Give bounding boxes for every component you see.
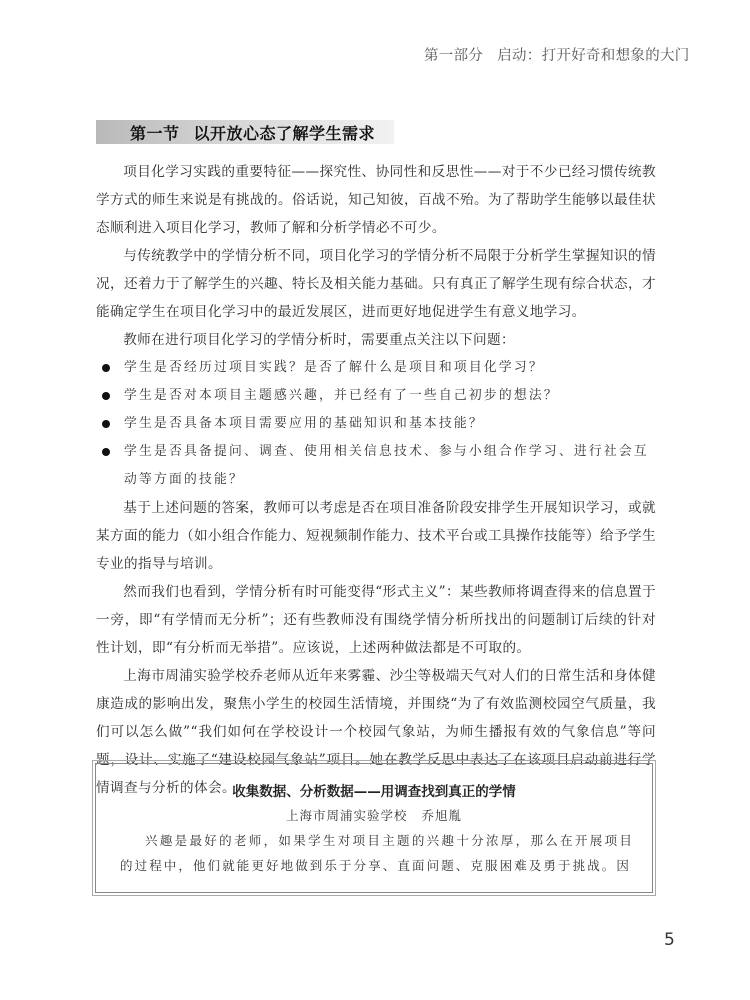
case-author-name: 乔旭胤	[422, 808, 463, 823]
paragraph: 然而我们也看到，学情分析有时可能变得“形式主义”：某些教师将调查得来的信息置于一…	[96, 578, 656, 662]
part-title: 启动：打开好奇和想象的大门	[497, 48, 689, 64]
section-title: 第一节以开放心态了解学生需求	[130, 121, 375, 144]
paragraph: 教师在进行项目化学习的学情分析时，需要重点关注以下问题：	[96, 326, 656, 354]
section-number: 第一节	[130, 124, 180, 143]
list-item: 学生是否经历过项目实践？是否了解什么是项目和项目化学习？	[96, 354, 656, 382]
paragraph: 项目化学习实践的重要特征——探究性、协同性和反思性——对于不少已经习惯传统教学方…	[96, 158, 656, 242]
case-author: 上海市周浦实验学校乔旭胤	[96, 806, 652, 824]
bullet-icon	[102, 448, 110, 456]
paragraph: 基于上述问题的答案，教师可以考虑是否在项目准备阶段安排学生开展知识学习，或就某方…	[96, 494, 656, 578]
case-study-box: 收集数据、分析数据——用调查找到真正的学情 上海市周浦实验学校乔旭胤 兴趣是最好…	[95, 763, 653, 893]
part-label: 第一部分	[424, 48, 483, 64]
list-item: 学生是否具备本项目需要应用的基础知识和基本技能？	[96, 410, 656, 438]
question-list: 学生是否经历过项目实践？是否了解什么是项目和项目化学习？ 学生是否对本项目主题感…	[96, 354, 656, 494]
section-banner: 第一节以开放心态了解学生需求	[96, 120, 394, 144]
list-item: 学生是否对本项目主题感兴趣，并已经有了一些自己初步的想法？	[96, 382, 656, 410]
case-body: 兴趣是最好的老师，如果学生对项目主题的兴趣十分浓厚，那么在开展项目的过程中，他们…	[120, 828, 634, 878]
bullet-icon	[102, 420, 110, 428]
section-title-text: 以开放心态了解学生需求	[194, 124, 376, 143]
bullet-icon	[102, 392, 110, 400]
body-text: 项目化学习实践的重要特征——探究性、协同性和反思性——对于不少已经习惯传统教学方…	[96, 158, 656, 802]
page-number: 5	[664, 930, 675, 950]
bullet-icon	[102, 364, 110, 372]
paragraph: 与传统教学中的学情分析不同，项目化学习的学情分析不局限于分析学生掌握知识的情况，…	[96, 242, 656, 326]
case-title: 收集数据、分析数据——用调查找到真正的学情	[96, 780, 652, 800]
running-header: 第一部分启动：打开好奇和想象的大门	[424, 44, 690, 65]
list-item: 学生是否具备提问、调查、使用相关信息技术、参与小组合作学习、进行社会互动等方面的…	[96, 438, 656, 494]
case-school: 上海市周浦实验学校	[286, 808, 408, 823]
